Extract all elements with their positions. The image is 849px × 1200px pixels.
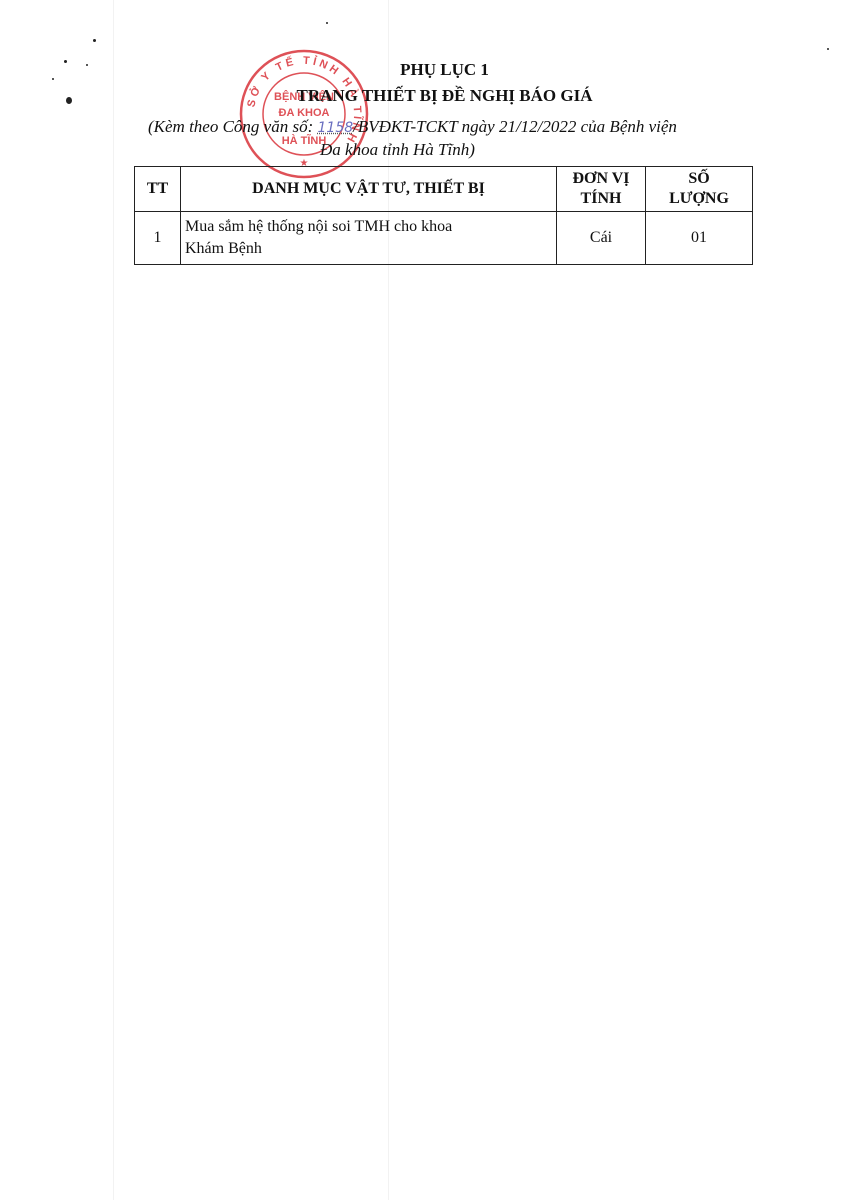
table-row: 1 Mua sắm hệ thống nội soi TMH cho khoa … bbox=[135, 212, 753, 265]
subtitle-reference: (Kèm theo Công văn số: 1158/BVĐKT-TCKT n… bbox=[148, 117, 677, 137]
item-name-line2: Khám Bệnh bbox=[185, 240, 262, 257]
cell-unit: Cái bbox=[557, 212, 646, 265]
header-unit: ĐƠN VỊ TÍNH bbox=[557, 167, 646, 212]
header-tt: TT bbox=[135, 167, 181, 212]
table-header-row: TT DANH MỤC VẬT TƯ, THIẾT BỊ ĐƠN VỊ TÍNH… bbox=[135, 167, 753, 212]
scan-speck bbox=[326, 22, 328, 24]
scan-speck bbox=[93, 39, 96, 42]
equipment-table: TT DANH MỤC VẬT TƯ, THIẾT BỊ ĐƠN VỊ TÍNH… bbox=[134, 166, 753, 265]
header-qty-line1: SỐ bbox=[688, 170, 709, 187]
header-qty-line2: LƯỢNG bbox=[669, 190, 729, 207]
header-item-name: DANH MỤC VẬT TƯ, THIẾT BỊ bbox=[181, 167, 557, 212]
item-name-line1: Mua sắm hệ thống nội soi TMH cho khoa bbox=[185, 218, 452, 235]
subtitle-line2: Đa khoa tỉnh Hà Tĩnh) bbox=[320, 140, 475, 160]
header-quantity: SỐ LƯỢNG bbox=[646, 167, 753, 212]
scan-speck bbox=[827, 48, 829, 50]
scan-fold-line bbox=[113, 0, 114, 1200]
header-unit-line2: TÍNH bbox=[581, 190, 622, 207]
cell-item-name: Mua sắm hệ thống nội soi TMH cho khoa Kh… bbox=[181, 212, 557, 265]
subtitle-prefix: (Kèm theo Công văn số: bbox=[148, 117, 318, 136]
cell-tt: 1 bbox=[135, 212, 181, 265]
handwritten-dispatch-number: 1158 bbox=[318, 120, 354, 136]
appendix-title: PHỤ LỤC 1 bbox=[0, 60, 849, 80]
cell-quantity: 01 bbox=[646, 212, 753, 265]
subtitle-suffix: /BVĐKT-TCKT ngày 21/12/2022 của Bệnh việ… bbox=[353, 117, 677, 136]
main-title: TRANG THIẾT BỊ ĐỀ NGHỊ BÁO GIÁ bbox=[0, 86, 849, 106]
header-unit-line1: ĐƠN VỊ bbox=[572, 170, 629, 187]
